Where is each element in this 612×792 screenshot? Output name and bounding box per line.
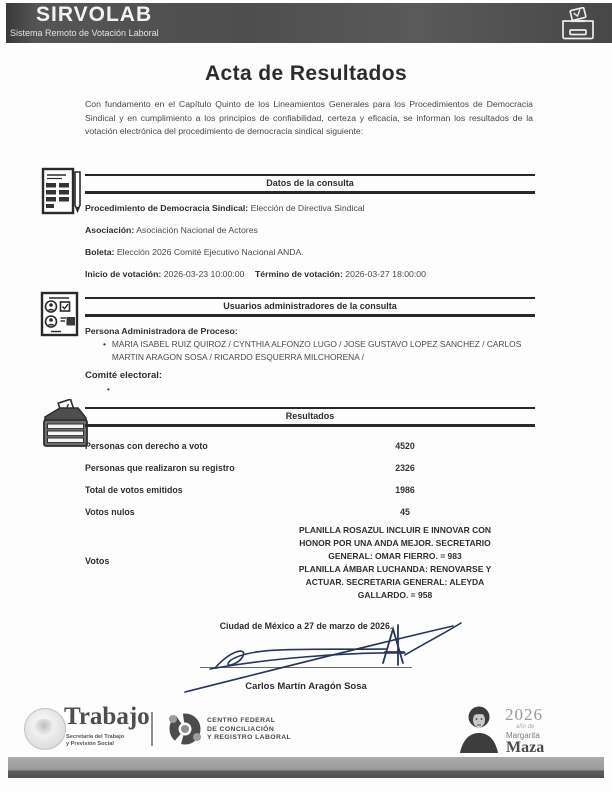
field-boleta: Boleta: Elección 2026 Comité Ejecutivo N… [85, 247, 304, 257]
field-value: Elección 2026 Comité Ejecutivo Nacional … [117, 247, 304, 257]
result-row-label: Total de votos emitidos [85, 485, 183, 495]
margarita-maza-portrait [456, 701, 502, 758]
votos-line: PLANILLA ROSAZUL INCLUIR E INNOVAR CON [288, 524, 502, 537]
survey-form-icon [40, 167, 84, 222]
field-label: Asociación: [85, 225, 134, 235]
field-value: Elección de Directiva Sindical [251, 203, 365, 213]
section-heading-datos: Datos de la consulta [85, 174, 535, 194]
field-label: Boleta: [85, 247, 114, 257]
field-value: Asociación Nacional de Actores [136, 225, 258, 235]
centro-federal-logo-icon [167, 711, 203, 752]
votos-line: GENERAL: OMAR FIERRO. = 983 [288, 550, 502, 563]
admin-names: MARIA ISABEL RUIZ QUIROZ / CYNTHIA ALFON… [112, 338, 535, 364]
gobierno-seal-icon [24, 708, 66, 750]
admin-names-list-item: • MARIA ISABEL RUIZ QUIROZ / CYNTHIA ALF… [103, 338, 535, 364]
field-value: 2026-03-23 10:00:00 [164, 269, 245, 279]
year-2026-text: 2026 [505, 705, 543, 725]
intro-paragraph: Con fundamento en el Capítulo Quinto de … [85, 98, 533, 139]
field-label: Término de votación: [255, 269, 343, 279]
rol-heading: Persona Administradora de Proceso: [85, 326, 238, 336]
ballot-box-icon [558, 7, 598, 46]
result-row-value: 45 [310, 507, 500, 517]
ballot-box-results-icon [36, 399, 90, 456]
field-termino-votacion: Término de votación: 2026-03-27 18:00:00 [255, 269, 426, 279]
bullet-marker: • [103, 338, 112, 364]
result-row-label: Personas con derecho a voto [85, 441, 208, 451]
app-brand: SIRVOLAB [36, 3, 152, 27]
centro-line: DE CONCILIACIÓN [207, 726, 291, 735]
field-value: 2026-03-27 18:00:00 [345, 269, 426, 279]
section-heading-usuarios: Usuarios administradores de la consulta [85, 297, 535, 317]
header-bar: SIRVOLAB Sistema Remoto de Votación Labo… [6, 3, 612, 43]
acta-page: SIRVOLAB Sistema Remoto de Votación Labo… [0, 0, 612, 792]
footer-divider [151, 712, 153, 746]
result-row-value: 1986 [310, 485, 500, 495]
centro-line: CENTRO FEDERAL [207, 717, 291, 726]
field-label: Procedimiento de Democracia Sindical: [85, 203, 248, 213]
result-row-value: 2326 [310, 463, 500, 473]
footer-band [8, 757, 604, 778]
trabajo-logo-text: Trabajo [64, 703, 150, 731]
votos-line: GALLARDO. = 958 [288, 589, 502, 602]
page-title: Acta de Resultados [0, 62, 612, 86]
field-inicio-votacion: Inicio de votación: 2026-03-23 10:00:00 [85, 269, 244, 279]
result-row-label: Personas que realizaron su registro [85, 463, 235, 473]
result-row-label: Votos nulos [85, 507, 135, 517]
app-subtitle: Sistema Remoto de Votación Laboral [10, 28, 159, 38]
result-row-value: 4520 [310, 441, 500, 451]
votos-line: PLANILLA ÁMBAR LUCHANDA: RENOVARSE Y [288, 563, 502, 576]
year-subtext: año de [516, 724, 534, 730]
comite-electoral-label: Comité electoral: [85, 370, 162, 381]
trabajo-sub-line: Secretaría del Trabajo [66, 734, 124, 741]
votos-line: ACTUAR. SECRETARIA GENERAL: ALEYDA [288, 576, 502, 589]
admin-users-icon [39, 291, 81, 344]
centro-line: Y REGISTRO LABORAL [207, 734, 291, 743]
centro-federal-text: CENTRO FEDERAL DE CONCILIACIÓN Y REGISTR… [207, 717, 291, 743]
field-procedimiento: Procedimiento de Democracia Sindical: El… [85, 203, 365, 213]
trabajo-logo-subtext: Secretaría del Trabajo y Previsión Socia… [66, 734, 124, 748]
votos-label: Votos [85, 556, 109, 566]
field-asociacion: Asociación: Asociación Nacional de Actor… [85, 225, 258, 235]
trabajo-sub-line: y Previsión Social [66, 741, 124, 748]
field-label: Inicio de votación: [85, 269, 161, 279]
votos-detail: PLANILLA ROSAZUL INCLUIR E INNOVAR CON H… [288, 524, 502, 602]
bullet-marker: • [107, 385, 110, 394]
rol-label: Persona Administradora de Proceso: [85, 326, 238, 336]
maza-last-name: Maza [506, 739, 544, 757]
signatory-name: Carlos Martín Aragón Sosa [0, 681, 612, 692]
votos-line: HONOR POR UNA ANDA MEJOR. SECRETARIO [288, 537, 502, 550]
section-heading-resultados: Resultados [85, 407, 535, 427]
